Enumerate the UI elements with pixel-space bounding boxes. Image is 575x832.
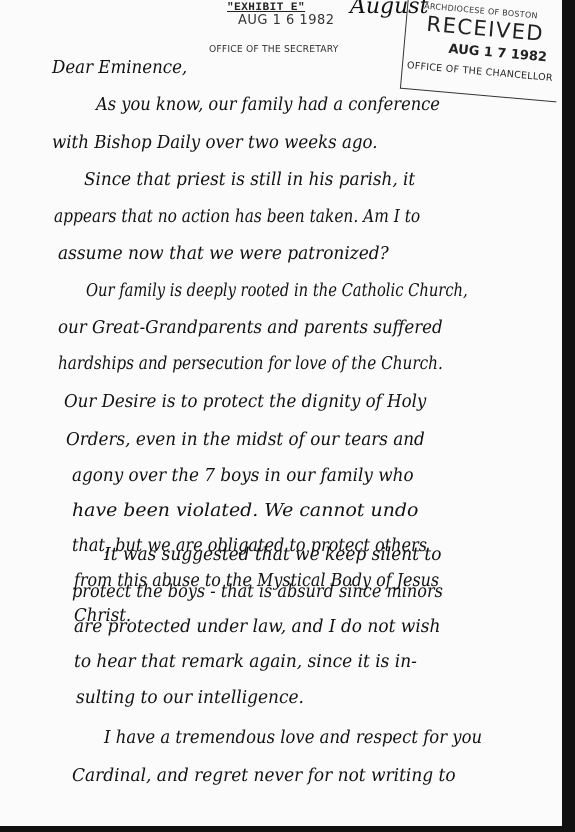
letter-line: to hear that remark again, since it is i… bbox=[74, 652, 417, 672]
letter-line: have been violated. We cannot undo bbox=[72, 501, 418, 521]
letter-line: are protected under law, and I do not wi… bbox=[74, 617, 440, 637]
letter-line: hardships and persecution for love of th… bbox=[58, 354, 443, 374]
secretary-date-stamp: AUG 1 6 1982 bbox=[238, 13, 335, 28]
letter-line: It was suggested that we keep silent to bbox=[104, 545, 441, 565]
letter-line: Our family is deeply rooted in the Catho… bbox=[86, 281, 468, 301]
letter-line: assume now that we were patronized? bbox=[58, 244, 389, 264]
letter-line: Orders, even in the midst of our tears a… bbox=[66, 430, 425, 450]
letter-line: As you know, our family had a conference bbox=[96, 95, 533, 115]
letter-line: sulting to our intelligence. bbox=[76, 688, 304, 708]
letter-line: Our Desire is to protect the dignity of … bbox=[64, 392, 426, 412]
letter-line: I have a tremendous love and respect for… bbox=[104, 728, 482, 748]
salutation: Dear Eminence, bbox=[52, 58, 187, 78]
received-stamp: ARCHDIOCESE OF BOSTON RECEIVED AUG 1 7 1… bbox=[400, 0, 562, 102]
letter-line: agony over the 7 boys in our family who bbox=[72, 466, 414, 486]
letter-line: Cardinal, and regret never for not writi… bbox=[72, 766, 456, 786]
scanned-letter-page: "EXHIBIT E" AUG 1 6 1982 OFFICE OF THE S… bbox=[0, 0, 562, 826]
letter-line: Since that priest is still in his parish… bbox=[84, 170, 415, 190]
letter-line: appears that no action has been taken. A… bbox=[54, 207, 420, 227]
letter-line: our Great-Grandparents and parents suffe… bbox=[58, 318, 443, 338]
received-stamp-date: AUG 1 7 1982 bbox=[448, 42, 548, 66]
letter-line: with Bishop Daily over two weeks ago. bbox=[52, 133, 378, 153]
letter-line: protect the boys - that is absurd since … bbox=[72, 582, 443, 602]
secretary-office-stamp: OFFICE OF THE SECRETARY bbox=[209, 44, 339, 55]
